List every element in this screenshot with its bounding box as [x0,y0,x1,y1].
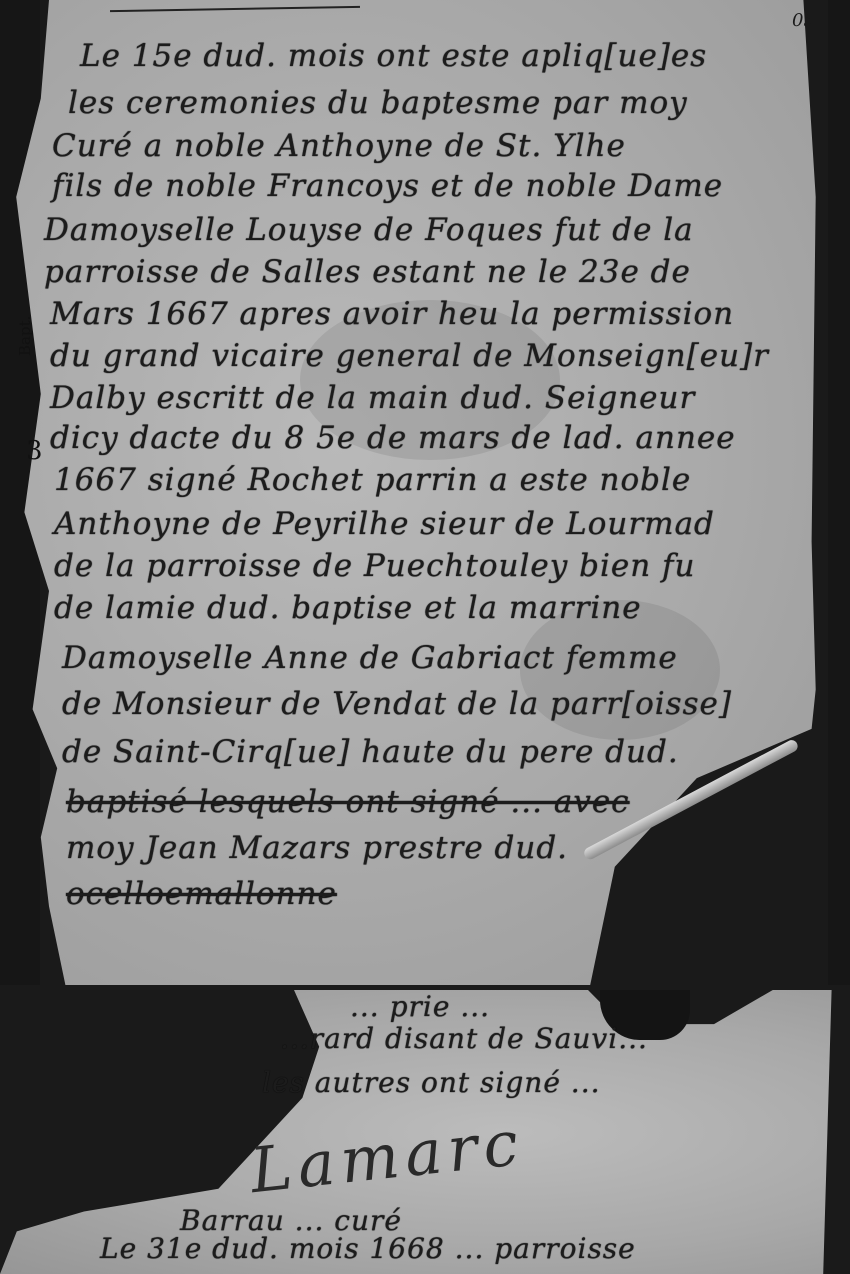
text-line: ... prie ... [350,990,490,1023]
margin-number: 3 [26,436,43,466]
text-line-struck: baptisé lesquels ont signé ... avec [66,784,630,820]
text-line: Le 15e dud. mois ont este apliq[ue]es [80,38,707,74]
text-line: de Saint-Cirq[ue] haute du pere dud. [62,734,679,770]
text-line: moy Jean Mazars prestre dud. [66,830,568,866]
text-line: ...rard disant de Sauvi... [280,1022,648,1055]
text-line: de Monsieur de Vendat de la parr[oisse] [62,686,732,722]
text-line: Damoyselle Anne de Gabriact femme [62,640,678,676]
text-line: du grand vicaire general de Monseign[eu]… [50,338,769,374]
text-line: les ceremonies du baptesme par moy [68,85,688,121]
text-line: Curé a noble Anthoyne de St. Ylhe [52,128,626,164]
text-line: Anthoyne de Peyrilhe sieur de Lourmad [54,506,715,542]
folio-number: 05 [792,10,815,31]
text-line: Dalby escritt de la main dud. Seigneur [50,380,695,416]
text-line-struck: ocelloemallonne [66,876,337,912]
text-line: Mars 1667 apres avoir heu la permission [50,296,734,332]
text-line: Le 31e dud. mois 1668 ... parroisse [100,1232,636,1265]
text-line: Damoyselle Louyse de Foques fut de la [44,212,694,248]
text-line-struck: fils de noble Francoys et de noble Dame [52,168,723,204]
text-line: dicy dacte du 8 5e de mars de lad. annee [50,420,736,456]
text-line: de lamie dud. baptise et la marrine [54,590,642,626]
text-line: de la parroisse de Puechtouley bien fu [54,548,695,584]
text-line: 1667 signé Rochet parrin a este noble [54,462,691,498]
margin-note: Bapt. [16,316,34,356]
text-line: parroisse de Salles estant ne le 23e de [44,254,691,290]
scan-right-edge [828,0,850,985]
text-line: les autres ont signé ... [262,1066,601,1099]
